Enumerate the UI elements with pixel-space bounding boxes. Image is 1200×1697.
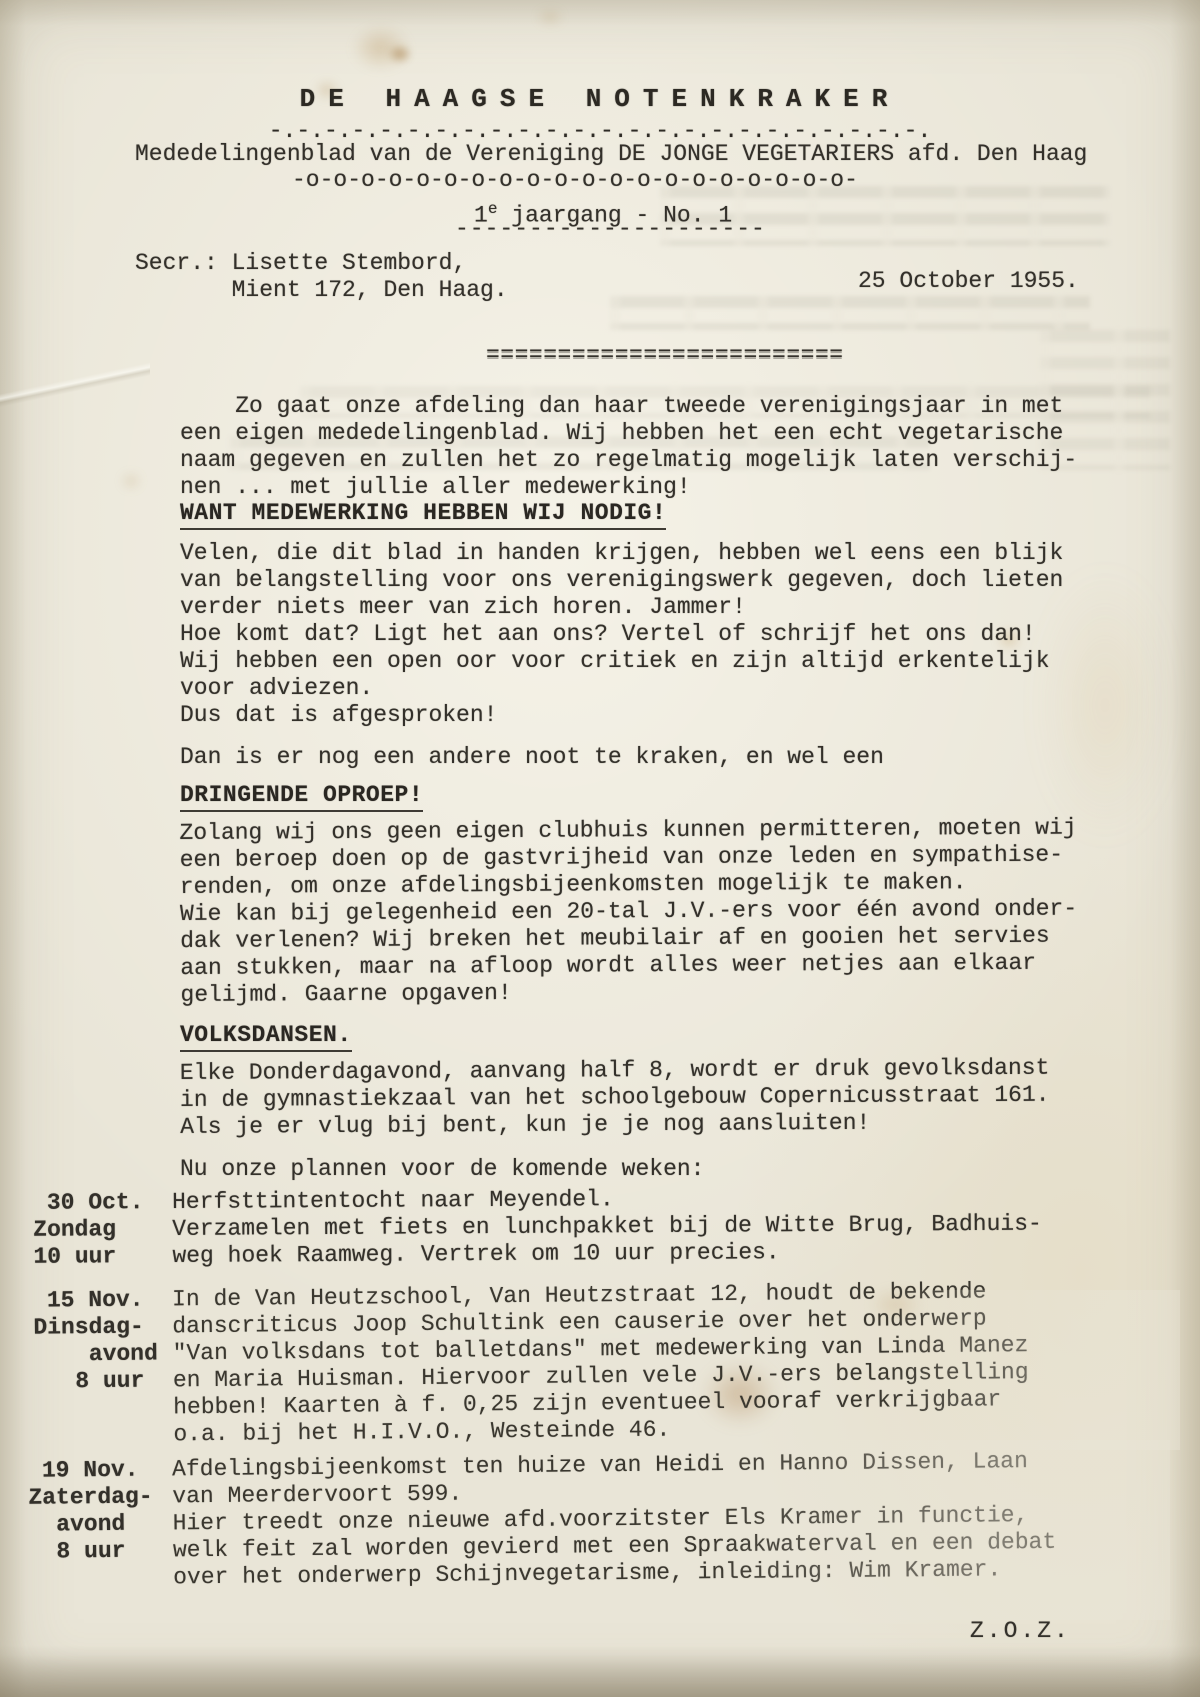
oproep-paragraph: Zolang wij ons geen eigen clubhuis kunne… <box>179 815 1077 1009</box>
schedule-when: 19 Nov. Zaterdag- avond 8 uur <box>28 1457 153 1566</box>
paper-stain <box>340 16 422 80</box>
subtitle-rule: -o-o-o-o-o-o-o-o-o-o-o-o-o-o-o-o-o-o-o-o… <box>292 167 858 194</box>
schedule-row: 15 Nov. Dinsdag- avond 8 uur In de Van H… <box>0 1276 1200 1288</box>
schedule-row: 30 Oct. Zondag 10 uur Herfsttintentocht … <box>0 1183 1200 1190</box>
equals-divider: ========================= <box>486 342 844 369</box>
volksdansen-paragraph: Elke Donderdagavond, aanvang half 8, wor… <box>180 1055 1050 1141</box>
section-heading-want-text: WANT MEDEWERKING HEBBEN WIJ NODIG! <box>180 500 666 530</box>
scanned-newsletter-page: DE HAAGSE NOTENKRAKER -.-.-.-.-.-.-.-.-.… <box>0 0 1200 1697</box>
paper-stain <box>383 40 417 68</box>
bridge-line: Dan is er nog een andere noot te kraken,… <box>180 744 884 771</box>
section-heading-want: WANT MEDEWERKING HEBBEN WIJ NODIG! <box>180 500 666 530</box>
paper-edge-shadow <box>0 1645 1200 1697</box>
schedule-details: In de Van Heutzschool, Van Heutzstraat 1… <box>172 1278 1029 1448</box>
want-paragraph: Velen, die dit blad in handen krijgen, h… <box>180 540 1063 729</box>
section-heading-volksdansen-text: VOLKSDANSEN. <box>180 1022 352 1052</box>
paper-stain <box>118 470 144 492</box>
bleed-through-ghost <box>610 296 1090 330</box>
schedule-when: 15 Nov. Dinsdag- avond 8 uur <box>33 1286 158 1395</box>
paper-crease <box>0 338 150 428</box>
newsletter-title: DE HAAGSE NOTENKRAKER <box>0 84 1200 114</box>
newsletter-subtitle: Mededelingenblad van de Vereniging DE JO… <box>135 141 1087 168</box>
section-heading-volksdansen: VOLKSDANSEN. <box>180 1022 352 1052</box>
paper-stain <box>532 6 568 28</box>
section-heading-oproep-text: DRINGENDE OPROEP! <box>180 782 423 812</box>
plans-lead-line: Nu onze plannen voor de komende weken: <box>180 1156 705 1183</box>
schedule-details: Afdelingsbijeenkomst ten huize van Heidi… <box>172 1448 1057 1591</box>
intro-paragraph: Zo gaat onze afdeling dan haar tweede ve… <box>180 393 1077 501</box>
section-heading-oproep: DRINGENDE OPROEP! <box>180 782 423 812</box>
turn-over-mark: Z.O.Z. <box>970 1618 1071 1645</box>
edition-rule: --------------------- <box>455 216 766 243</box>
schedule-details: Herfsttintentocht naar Meyendel. Verzame… <box>172 1184 1042 1270</box>
schedule-when: 30 Oct. Zondag 10 uur <box>33 1189 144 1271</box>
secretary-block: Secr.: Lisette Stembord, Mient 172, Den … <box>135 250 508 304</box>
issue-date: 25 October 1955. <box>858 268 1079 295</box>
